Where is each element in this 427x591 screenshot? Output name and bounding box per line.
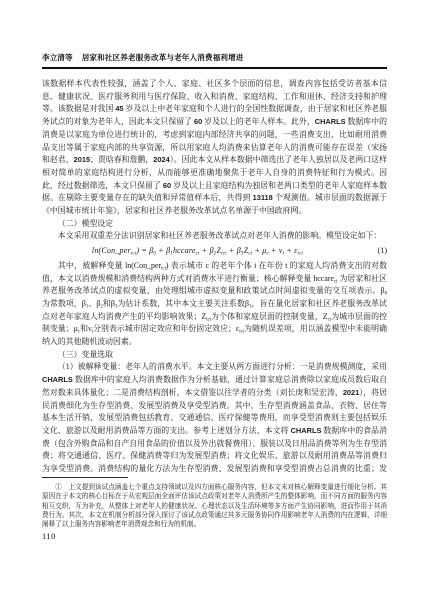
page-number: 110	[42, 531, 102, 541]
paragraph-dependent-variable: （1）被解释变量：老年人的消费水平。本文主要从两方面进行分析：一是消费规模测度，…	[42, 361, 387, 488]
paragraph-data-description: 该数据样本代表性较强，涵盖了个人、家庭、社区多个层面的信息，调查内容包括受访者基…	[42, 78, 387, 218]
header-authors: 李立清等	[42, 53, 73, 62]
running-head: 李立清等居家和社区养老服务改革与老年人消费福利增进	[42, 52, 387, 67]
equation-formula: ln(Con_perict) = β0 + β1hccarect + β2Zic…	[42, 245, 353, 258]
header-article-title: 居家和社区养老服务改革与老年人消费福利增进	[82, 53, 244, 62]
header-rule	[42, 67, 387, 69]
equation-row: ln(Con_perict) = β0 + β1hccarect + β2Zic…	[42, 245, 387, 258]
body-text: 该数据样本代表性较强，涵盖了个人、家庭、社区多个层面的信息，调查内容包括受访者基…	[42, 78, 387, 514]
paragraph-model-intro: 本文采用双重差分法识别居家和社区养老服务改革试点对老年人消费的影响。模型设定如下…	[42, 230, 387, 243]
section-heading-variable-selection: （三）变量选取	[42, 349, 387, 362]
section-heading-model-setting: （二）模型设定	[42, 218, 387, 231]
equation-number: (1)	[353, 245, 387, 258]
paper-page: 李立清等居家和社区养老服务改革与老年人消费福利增进 该数据样本代表性较强，涵盖了…	[0, 0, 427, 591]
footnote-divider	[42, 477, 128, 478]
paragraph-model-detail: 其中，被解释变量 ln(Con_perict) 表示城市 c 的老年个体 i 在…	[42, 260, 387, 349]
footnote-text: ① 上文提到该试点涵盖七个重点支持领域以及四方面核心服务内容，但本文未对核心解释…	[42, 483, 387, 529]
